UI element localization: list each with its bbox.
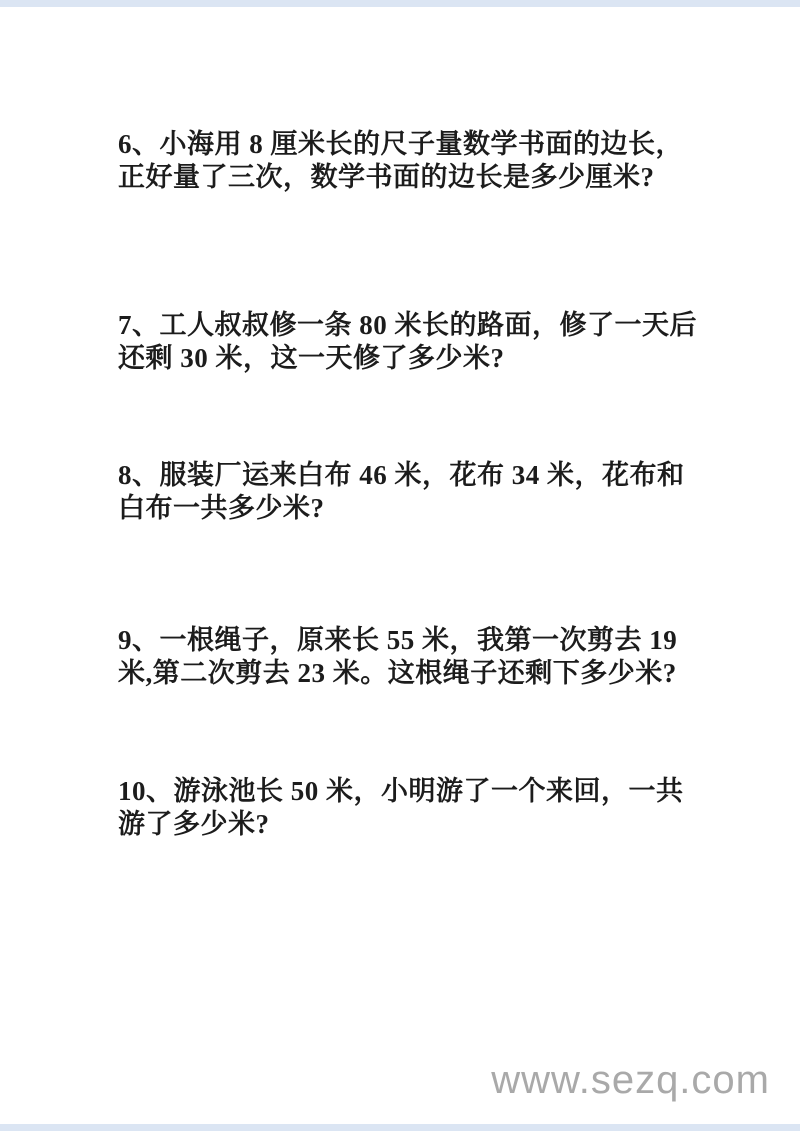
question-6-line-1: 6、小海用 8 厘米长的尺子量数学书面的边长， — [118, 128, 683, 161]
question-7-line-2: 还剩 30 米，这一天修了多少米? — [118, 342, 697, 375]
question-9-line-2: 米,第二次剪去 23 米。这根绳子还剩下多少米? — [118, 657, 677, 690]
question-8-line-1: 8、服装厂运来白布 46 米，花布 34 米，花布和 — [118, 459, 685, 492]
question-10-line-1: 10、游泳池长 50 米，小明游了一个来回，一共 — [118, 775, 684, 808]
question-9: 9、一根绳子，原来长 55 米，我第一次剪去 19 米,第二次剪去 23 米。这… — [118, 624, 677, 690]
question-8: 8、服装厂运来白布 46 米，花布 34 米，花布和 白布一共多少米? — [118, 459, 685, 525]
question-10-line-2: 游了多少米? — [118, 808, 684, 841]
question-7: 7、工人叔叔修一条 80 米长的路面，修了一天后 还剩 30 米，这一天修了多少… — [118, 309, 697, 375]
question-10: 10、游泳池长 50 米，小明游了一个来回，一共 游了多少米? — [118, 775, 684, 841]
top-edge-bar — [0, 0, 800, 7]
question-8-line-2: 白布一共多少米? — [118, 492, 685, 525]
watermark-text: www.sezq.com — [491, 1058, 770, 1103]
bottom-edge-bar — [0, 1124, 800, 1131]
question-6: 6、小海用 8 厘米长的尺子量数学书面的边长， 正好量了三次，数学书面的边长是多… — [118, 128, 683, 194]
question-6-line-2: 正好量了三次，数学书面的边长是多少厘米? — [118, 161, 683, 194]
question-7-line-1: 7、工人叔叔修一条 80 米长的路面，修了一天后 — [118, 309, 697, 342]
worksheet-page: 6、小海用 8 厘米长的尺子量数学书面的边长， 正好量了三次，数学书面的边长是多… — [0, 0, 800, 1131]
question-9-line-1: 9、一根绳子，原来长 55 米，我第一次剪去 19 — [118, 624, 677, 657]
